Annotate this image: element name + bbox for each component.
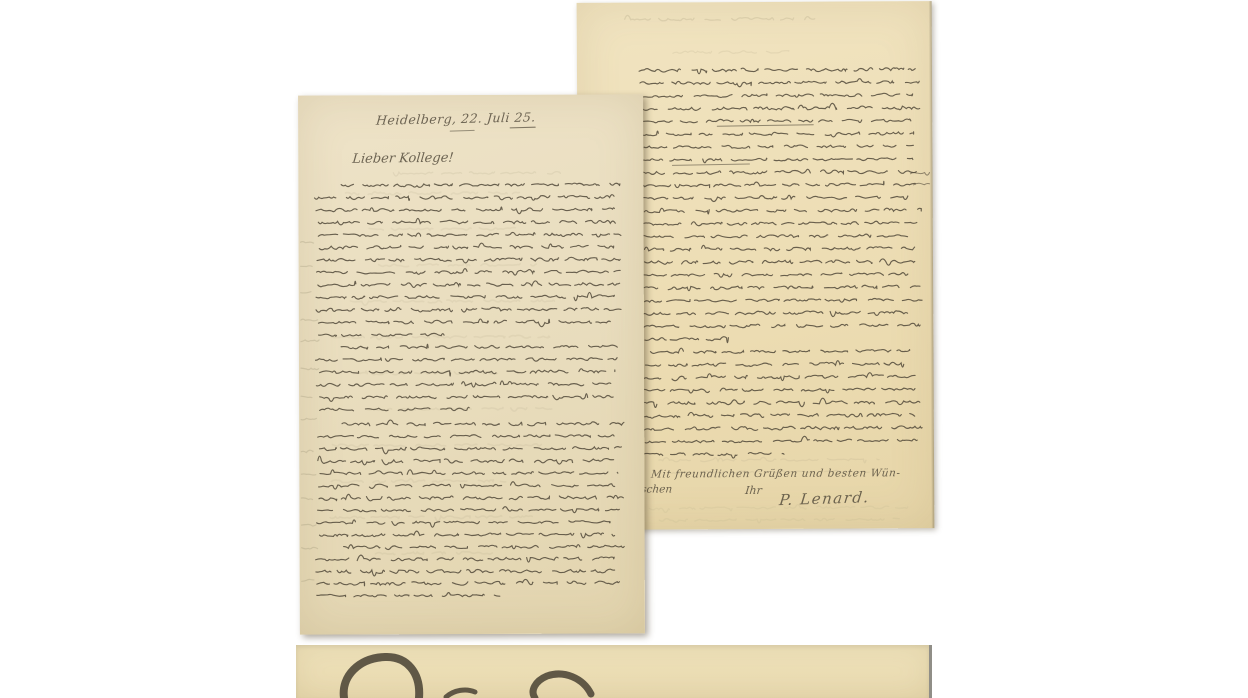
closing-line-1: Mit freundlichen Grüßen und besten Wün- (650, 467, 901, 480)
salutation: Lieber Kollege! (352, 151, 455, 167)
closing-line-2: schen (641, 483, 673, 495)
signature-detail-photo (296, 645, 932, 698)
handwriting-strokes-page-1 (298, 94, 645, 634)
page-background: { "letter": { "page1": { "dateline": "He… (0, 0, 1248, 698)
signature-text: P. Lenard. (778, 488, 870, 509)
signature-detail-strokes (296, 645, 929, 698)
valediction: Ihr (745, 484, 763, 497)
letter-page-1-photo: Heidelberg, 22. Juli 25. Lieber Kollege! (298, 94, 645, 634)
letter-photo-collage: Mit freundlichen Grüßen und besten Wün- … (0, 0, 1248, 698)
